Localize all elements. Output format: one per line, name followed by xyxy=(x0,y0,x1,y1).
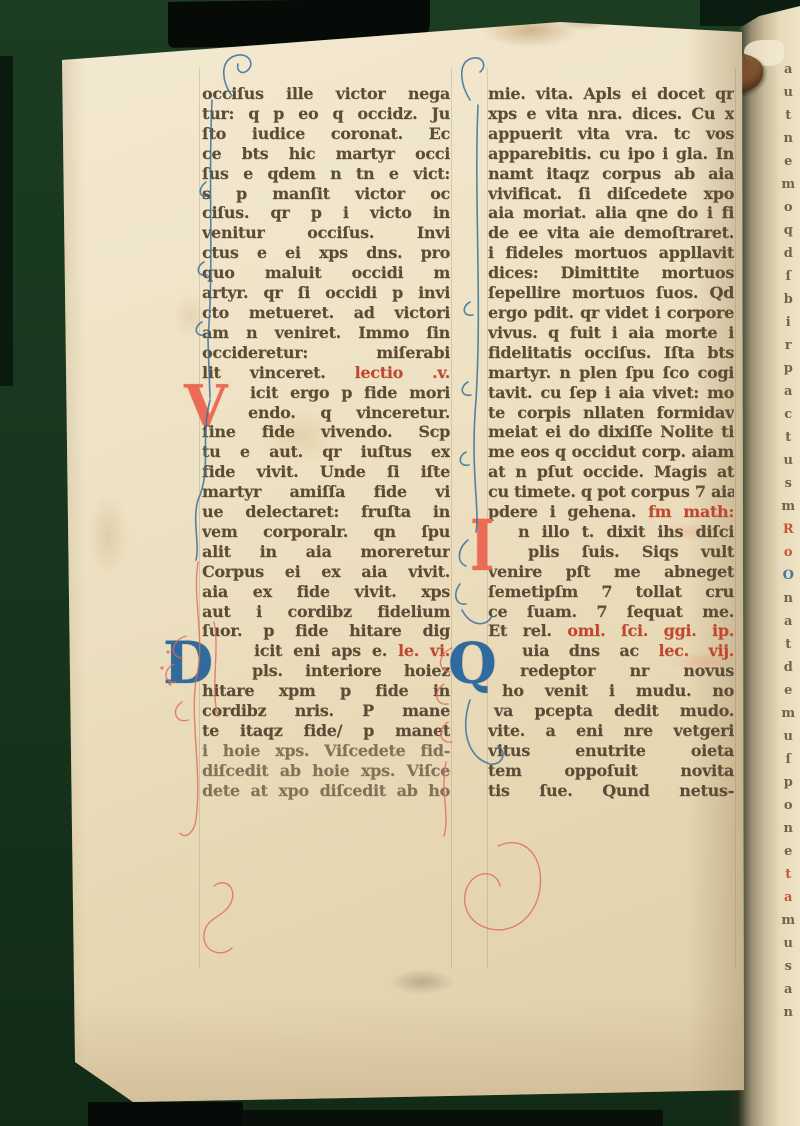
text-line: tavit. cu ſep i aia vivet: mo xyxy=(488,383,734,403)
text-column-right: mie. vita. Apls ei docet qr xps e vita n… xyxy=(488,84,734,801)
body-text: cordibz nris. P mane xyxy=(202,701,450,720)
text-line: va pcepta dedit mudo. xyxy=(488,701,734,721)
text-line: me eos q occidut corp. aiam xyxy=(488,442,734,462)
text-column-left: occiſus ille victor nega tur: q p eo q o… xyxy=(202,84,450,801)
text-line: ſine fide vivendo. Scp xyxy=(202,422,450,442)
body-text: ciſus. qr p i victo in xyxy=(202,203,450,222)
next-folio-text-sliver: autnemoqdſbirpactusmRoOnatdemuſponetamus… xyxy=(777,58,799,1024)
edge-glyph: m xyxy=(777,495,799,518)
body-text: icit eni aps e. xyxy=(254,641,398,660)
body-text: meiat ei do dixiſſe Nolite ti xyxy=(488,422,734,441)
text-line: vitus enutrite oieta xyxy=(488,741,734,761)
edge-glyph: ſ xyxy=(777,265,799,288)
initial-letter-V: V xyxy=(184,378,227,434)
body-text: cu timete. q pot corpus 7 aiaz xyxy=(488,482,734,501)
body-text: quo maluit occidi m xyxy=(202,263,450,282)
text-line: icit eni aps e. le. vi. xyxy=(202,641,450,661)
body-text: ſus e qdem n tn e vict: xyxy=(202,164,450,183)
body-text: tis ſue. Qund netus- xyxy=(488,781,734,800)
body-text: am n veniret. Immo ſin xyxy=(202,323,450,342)
text-line: venire pſt me abneget xyxy=(488,562,734,582)
edge-glyph: ſ xyxy=(777,748,799,771)
text-line: ce ſuam. 7 ſequat me. xyxy=(488,602,734,622)
edge-glyph: n xyxy=(777,127,799,150)
body-text: s p manſit victor oc xyxy=(202,184,450,203)
initial-letter-Q: Q xyxy=(448,636,497,692)
ruling-line xyxy=(199,68,200,968)
text-line: n illo t. dixit ihs diſci xyxy=(488,522,734,542)
body-text: diſcedit ab hoie xps. Viſce xyxy=(202,761,450,780)
rubric-text: fm math: xyxy=(648,502,734,521)
text-line: fide vivit. Unde ſi iſte xyxy=(202,462,450,482)
text-line: ue delectaret: fruſta in xyxy=(202,502,450,522)
edge-glyph: e xyxy=(777,679,799,702)
text-line: martyr. n plen ſpu ſco cogi xyxy=(488,363,734,383)
body-text: redeptor nr novus xyxy=(520,661,734,680)
background-shadow-patch xyxy=(88,1102,243,1126)
body-text: occideretur: miſerabi xyxy=(202,343,450,362)
edge-glyph: a xyxy=(777,380,799,403)
body-text: dete at xpo diſcedit ab ho xyxy=(202,781,450,800)
text-line: ſemetipſm 7 tollat cru xyxy=(488,582,734,602)
body-text: n illo t. dixit ihs diſci xyxy=(518,522,734,541)
body-text: ue delectaret: fruſta in xyxy=(202,502,450,521)
body-text: Et rel. xyxy=(488,621,567,640)
text-line: aia ex fide vivit. xps xyxy=(202,582,450,602)
edge-glyph: o xyxy=(777,541,799,564)
body-text: at n pſut occide. Magis at xyxy=(488,462,734,481)
body-text: ctus e ei xps dns. pro xyxy=(202,243,450,262)
text-line: cu timete. q pot corpus 7 aiaz xyxy=(488,482,734,502)
background-shadow-patch xyxy=(243,1110,663,1126)
text-line: ergo pdit. qr videt i corpore xyxy=(488,303,734,323)
edge-glyph: s xyxy=(777,472,799,495)
body-text: aia ex fide vivit. xps xyxy=(202,582,450,601)
text-line: tis ſue. Qund netus- xyxy=(488,781,734,801)
text-line: occiſus ille victor nega xyxy=(202,84,450,104)
text-line: vivus. q fuit i aia morte i xyxy=(488,323,734,343)
edge-glyph: u xyxy=(777,449,799,472)
body-text: tu e aut. qr iuſtus ex xyxy=(202,442,450,461)
body-text: appuerit vita vra. tc vos xyxy=(488,124,734,143)
edge-glyph: m xyxy=(777,702,799,725)
text-line: te itaqz fide/ p manet xyxy=(202,721,450,741)
initial-letter-I: I xyxy=(470,512,494,582)
edge-glyph: R xyxy=(777,518,799,541)
body-text: aia moriat. alia qne do i fi xyxy=(488,203,734,222)
body-text: ſine fide vivendo. Scp xyxy=(202,422,450,441)
text-line: te corpis nllaten formidav xyxy=(488,403,734,423)
text-line: redeptor nr novus xyxy=(488,661,734,681)
text-line: hitare xpm p fide in xyxy=(202,681,450,701)
text-line: uia dns ac lec. vij. xyxy=(488,641,734,661)
body-text: namt itaqz corpus ab aia xyxy=(488,164,734,183)
edge-glyph: t xyxy=(777,863,799,886)
edge-glyph: n xyxy=(777,587,799,610)
text-line: vivificat. ſi diſcedete xpo xyxy=(488,184,734,204)
body-text: vem corporalr. qn ſpu xyxy=(202,522,450,541)
edge-glyph: r xyxy=(777,334,799,357)
body-text: icit ergo p fide mori xyxy=(250,383,450,402)
body-text: ce ſuam. 7 ſequat me. xyxy=(488,602,734,621)
body-text: ho venit i mudu. no xyxy=(502,681,734,700)
edge-glyph: q xyxy=(777,219,799,242)
rubric-text: oml. ſci. ggi. ip. xyxy=(567,621,734,640)
body-text: ſepellire mortuos ſuos. Qd xyxy=(488,283,734,302)
body-text: dices: Dimittite mortuos xyxy=(488,263,734,282)
text-line: ce bts hic martyr occi xyxy=(202,144,450,164)
text-line: vite. a eni nre vetgeri xyxy=(488,721,734,741)
body-text: venire pſt me abneget xyxy=(488,562,734,581)
body-text: fidelitatis occiſus. Iſta bts xyxy=(488,343,734,362)
body-text: tem oppoſuit novita xyxy=(488,761,734,780)
text-line: i hoie xps. Viſcedete fid- xyxy=(202,741,450,761)
body-text: vitus enutrite oieta xyxy=(488,741,734,760)
text-line: venitur occiſus. Invi xyxy=(202,223,450,243)
body-text: de ee vita aie demoſtraret. xyxy=(488,223,734,242)
background-shadow-patch xyxy=(0,56,13,386)
text-line: alit in aia moreretur xyxy=(202,542,450,562)
text-line: xps e vita nra. dices. Cu x xyxy=(488,104,734,124)
edge-glyph: u xyxy=(777,81,799,104)
body-text: martyr amiſſa fide vi xyxy=(202,482,450,501)
text-line: ciſus. qr p i victo in xyxy=(202,203,450,223)
edge-glyph: a xyxy=(777,886,799,909)
body-text: aut i cordibz fidelium xyxy=(202,602,450,621)
text-line: i fideles mortuos appllavit xyxy=(488,243,734,263)
text-line: at n pſut occide. Magis at xyxy=(488,462,734,482)
text-line: tur: q p eo q occidz. Ju xyxy=(202,104,450,124)
body-text: i fideles mortuos appllavit xyxy=(488,243,734,262)
body-text: ergo pdit. qr videt i corpore xyxy=(488,303,734,322)
text-line: fidelitatis occiſus. Iſta bts xyxy=(488,343,734,363)
text-line: ſuor. p fide hitare dig xyxy=(202,621,450,641)
text-line: occideretur: miſerabi xyxy=(202,343,450,363)
body-text: vite. a eni nre vetgeri xyxy=(488,721,734,740)
edge-glyph: s xyxy=(777,955,799,978)
body-text: xps e vita nra. dices. Cu x xyxy=(488,104,734,123)
text-line: ſepellire mortuos ſuos. Qd xyxy=(488,283,734,303)
edge-glyph: e xyxy=(777,150,799,173)
text-line: appuerit vita vra. tc vos xyxy=(488,124,734,144)
body-text: vivus. q fuit i aia morte i xyxy=(488,323,734,342)
edge-glyph: t xyxy=(777,633,799,656)
text-line: tu e aut. qr iuſtus ex xyxy=(202,442,450,462)
text-line: tem oppoſuit novita xyxy=(488,761,734,781)
rubric-text: lectio .v. xyxy=(355,363,450,382)
ruling-line xyxy=(735,68,736,968)
edge-glyph: u xyxy=(777,725,799,748)
edge-glyph: t xyxy=(777,426,799,449)
body-text: venitur occiſus. Invi xyxy=(202,223,450,242)
body-text: Corpus ei ex aia vivit. xyxy=(202,562,450,581)
text-line: cordibz nris. P mane xyxy=(202,701,450,721)
edge-glyph: e xyxy=(777,840,799,863)
body-text: apparebitis. cu ipo i gla. In xyxy=(488,144,734,163)
edge-glyph: O xyxy=(777,564,799,587)
text-line: ſus e qdem n tn e vict: xyxy=(202,164,450,184)
text-line: ctus e ei xps dns. pro xyxy=(202,243,450,263)
text-line: dices: Dimittite mortuos xyxy=(488,263,734,283)
ruling-line xyxy=(451,68,452,968)
text-line: lit vinceret. lectio .v. xyxy=(202,363,450,383)
text-line: am n veniret. Immo ſin xyxy=(202,323,450,343)
text-line: de ee vita aie demoſtraret. xyxy=(488,223,734,243)
edge-glyph: d xyxy=(777,656,799,679)
rubric-text: lec. vij. xyxy=(658,641,734,660)
text-line: Corpus ei ex aia vivit. xyxy=(202,562,450,582)
edge-glyph: n xyxy=(777,1001,799,1024)
body-text: te corpis nllaten formidav xyxy=(488,403,734,422)
text-line: aia moriat. alia qne do i fi xyxy=(488,203,734,223)
text-line: meiat ei do dixiſſe Nolite ti xyxy=(488,422,734,442)
edge-glyph: b xyxy=(777,288,799,311)
edge-glyph: m xyxy=(777,909,799,932)
body-text: ce bts hic martyr occi xyxy=(202,144,450,163)
text-line: apparebitis. cu ipo i gla. In xyxy=(488,144,734,164)
text-line: dete at xpo diſcedit ab ho xyxy=(202,781,450,801)
body-text: mie. vita. Apls ei docet qr xyxy=(488,84,734,103)
edge-glyph: c xyxy=(777,403,799,426)
text-line: endo. q vinceretur. xyxy=(202,403,450,423)
edge-glyph: p xyxy=(777,357,799,380)
text-line: cto metueret. ad victori xyxy=(202,303,450,323)
body-text: cto metueret. ad victori xyxy=(202,303,450,322)
edge-glyph: o xyxy=(777,794,799,817)
edge-glyph: p xyxy=(777,771,799,794)
body-text: hitare xpm p fide in xyxy=(202,681,450,700)
text-line: icit ergo p fide mori xyxy=(202,383,450,403)
text-line: martyr amiſſa fide vi xyxy=(202,482,450,502)
rubric-text: le. vi. xyxy=(398,641,450,660)
edge-glyph: a xyxy=(777,610,799,633)
body-text: ſto iudice coronat. Ec xyxy=(202,124,450,143)
body-text: me eos q occidut corp. aiam xyxy=(488,442,734,461)
body-text: martyr. n plen ſpu ſco cogi xyxy=(488,363,734,382)
text-line: s p manſit victor oc xyxy=(202,184,450,204)
body-text: va pcepta dedit mudo. xyxy=(494,701,734,720)
edge-glyph: i xyxy=(777,311,799,334)
body-text: vivificat. ſi diſcedete xpo xyxy=(488,184,734,203)
body-text: te itaqz fide/ p manet xyxy=(202,721,450,740)
body-text: uia dns ac xyxy=(522,641,658,660)
body-text: alit in aia moreretur xyxy=(202,542,450,561)
text-line: pls. interiore hoiez xyxy=(202,661,450,681)
edge-glyph: o xyxy=(777,196,799,219)
body-text: endo. q vinceretur. xyxy=(248,403,450,422)
text-line: vem corporalr. qn ſpu xyxy=(202,522,450,542)
text-line: plis ſuis. Siqs vult xyxy=(488,542,734,562)
body-text: pls. interiore hoiez xyxy=(252,661,450,680)
text-line: Et rel. oml. ſci. ggi. ip. xyxy=(488,621,734,641)
body-text: tur: q p eo q occidz. Ju xyxy=(202,104,450,123)
edge-glyph: d xyxy=(777,242,799,265)
text-line: pdere i gehena. fm math: xyxy=(488,502,734,522)
text-line: ſto iudice coronat. Ec xyxy=(202,124,450,144)
manuscript-photo: autnemoqdſbirpactusmRoOnatdemuſponetamus… xyxy=(0,0,800,1126)
text-line: ho venit i mudu. no xyxy=(488,681,734,701)
edge-glyph: m xyxy=(777,173,799,196)
body-text: pdere i gehena. xyxy=(488,502,648,521)
text-line: artyr. qr ſi occidi p invi xyxy=(202,283,450,303)
body-text: tavit. cu ſep i aia vivet: mo xyxy=(488,383,734,402)
body-text: fide vivit. Unde ſi iſte xyxy=(202,462,450,481)
edge-glyph: t xyxy=(777,104,799,127)
text-line: quo maluit occidi m xyxy=(202,263,450,283)
edge-glyph: n xyxy=(777,817,799,840)
edge-glyph: a xyxy=(777,978,799,1001)
text-line: mie. vita. Apls ei docet qr xyxy=(488,84,734,104)
initial-letter-D: D xyxy=(163,634,213,692)
text-line: aut i cordibz fidelium xyxy=(202,602,450,622)
body-text: ſemetipſm 7 tollat cru xyxy=(488,582,734,601)
body-text: ſuor. p fide hitare dig xyxy=(202,621,450,640)
edge-glyph: u xyxy=(777,932,799,955)
body-text: occiſus ille victor nega xyxy=(202,84,450,103)
body-text: artyr. qr ſi occidi p invi xyxy=(202,283,450,302)
text-line: namt itaqz corpus ab aia xyxy=(488,164,734,184)
text-line: diſcedit ab hoie xps. Viſce xyxy=(202,761,450,781)
body-text: i hoie xps. Viſcedete fid- xyxy=(202,741,450,760)
body-text: plis ſuis. Siqs vult xyxy=(528,542,734,561)
